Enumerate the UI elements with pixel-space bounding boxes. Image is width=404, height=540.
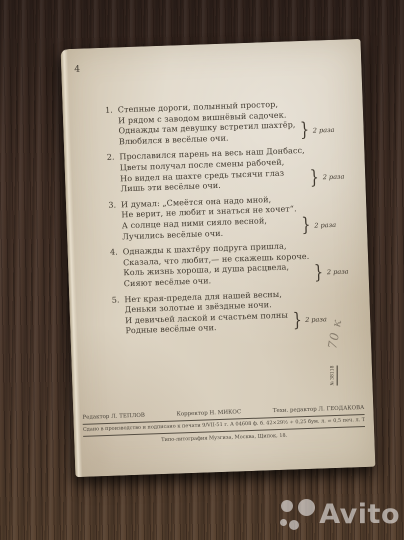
repeat-mark: } 2 раза (308, 166, 344, 188)
repeat-mark: } 2 раза (300, 214, 336, 236)
repeat-mark: } 2 раза (298, 119, 334, 141)
verse-3: 3. И думал: „Смеётся она надо мной, Не в… (102, 192, 355, 243)
tech-editor-credit: Техн. редактор Л. ГЕОДАКОВА (273, 405, 365, 414)
avito-watermark: Avito (280, 499, 400, 530)
verse-1: 1. Степные дороги, полынный простор, И р… (99, 97, 352, 148)
verse-lines: И думал: „Смеётся она надо мной, Не вери… (121, 194, 298, 242)
avito-logo-dot (298, 499, 315, 516)
verse-number: 2. (100, 153, 115, 196)
avito-logo-dot (280, 519, 287, 526)
verse-number: 3. (102, 200, 117, 243)
printer-line: Типо-литография Музгиза, Москва, Щипок, … (83, 430, 365, 446)
verse-lines: Однажды к шахтёру подруга пришла, Сказал… (123, 241, 311, 290)
verse-number: 5. (105, 295, 120, 338)
lyrics-verses: 1. Степные дороги, полынный простор, И р… (99, 97, 359, 343)
avito-logo-icon (280, 499, 315, 530)
verse-lines: Степные дороги, полынный простор, И рядо… (118, 99, 296, 148)
repeat-brace-icon: } (292, 310, 302, 331)
verse-5: 5. Нет края-предела для нашей весны, Ден… (105, 287, 358, 338)
publisher-imprint: Редактор Л. ТЕПЛОВ Корректор Н. МИКОС Те… (82, 405, 365, 446)
repeat-brace-icon: } (301, 215, 311, 236)
verse-4: 4. Однажды к шахтёру подруга пришла, Ска… (104, 239, 357, 290)
verse-2: 2. Прославился парень на весь наш Донбас… (100, 145, 353, 196)
verse-number: 4. (104, 248, 119, 291)
editor-credit: Редактор Л. ТЕПЛОВ (82, 413, 145, 421)
avito-watermark-text: Avito (319, 501, 400, 528)
repeat-label: 2 раза (323, 173, 345, 182)
repeat-label: 2 раза (314, 220, 336, 229)
page-number: 4 (74, 65, 80, 75)
repeat-mark: } 2 раза (312, 261, 348, 283)
sheet-music-page: 4 1. Степные дороги, полынный простор, И… (61, 39, 376, 477)
avito-logo-dot (281, 500, 293, 512)
repeat-brace-icon: } (300, 120, 310, 141)
avito-logo-dot (289, 520, 299, 530)
repeat-label: 2 раза (313, 126, 335, 135)
repeat-brace-icon: } (314, 262, 324, 283)
verse-number: 1. (99, 106, 114, 149)
repeat-brace-icon: } (310, 167, 320, 188)
wood-table-background: 4 1. Степные дороги, полынный простор, И… (0, 0, 404, 540)
verse-lines: Нет края-предела для нашей весны, Деньки… (124, 289, 288, 337)
repeat-label: 2 раза (305, 316, 327, 325)
repeat-label: 2 раза (327, 267, 349, 276)
verse-lines: Прославился парень на весь наш Донбасс, … (119, 146, 306, 195)
proofreader-credit: Корректор Н. МИКОС (176, 409, 241, 417)
inventory-stamp: № 38118 (331, 366, 338, 386)
repeat-mark: } 2 раза (291, 309, 327, 331)
